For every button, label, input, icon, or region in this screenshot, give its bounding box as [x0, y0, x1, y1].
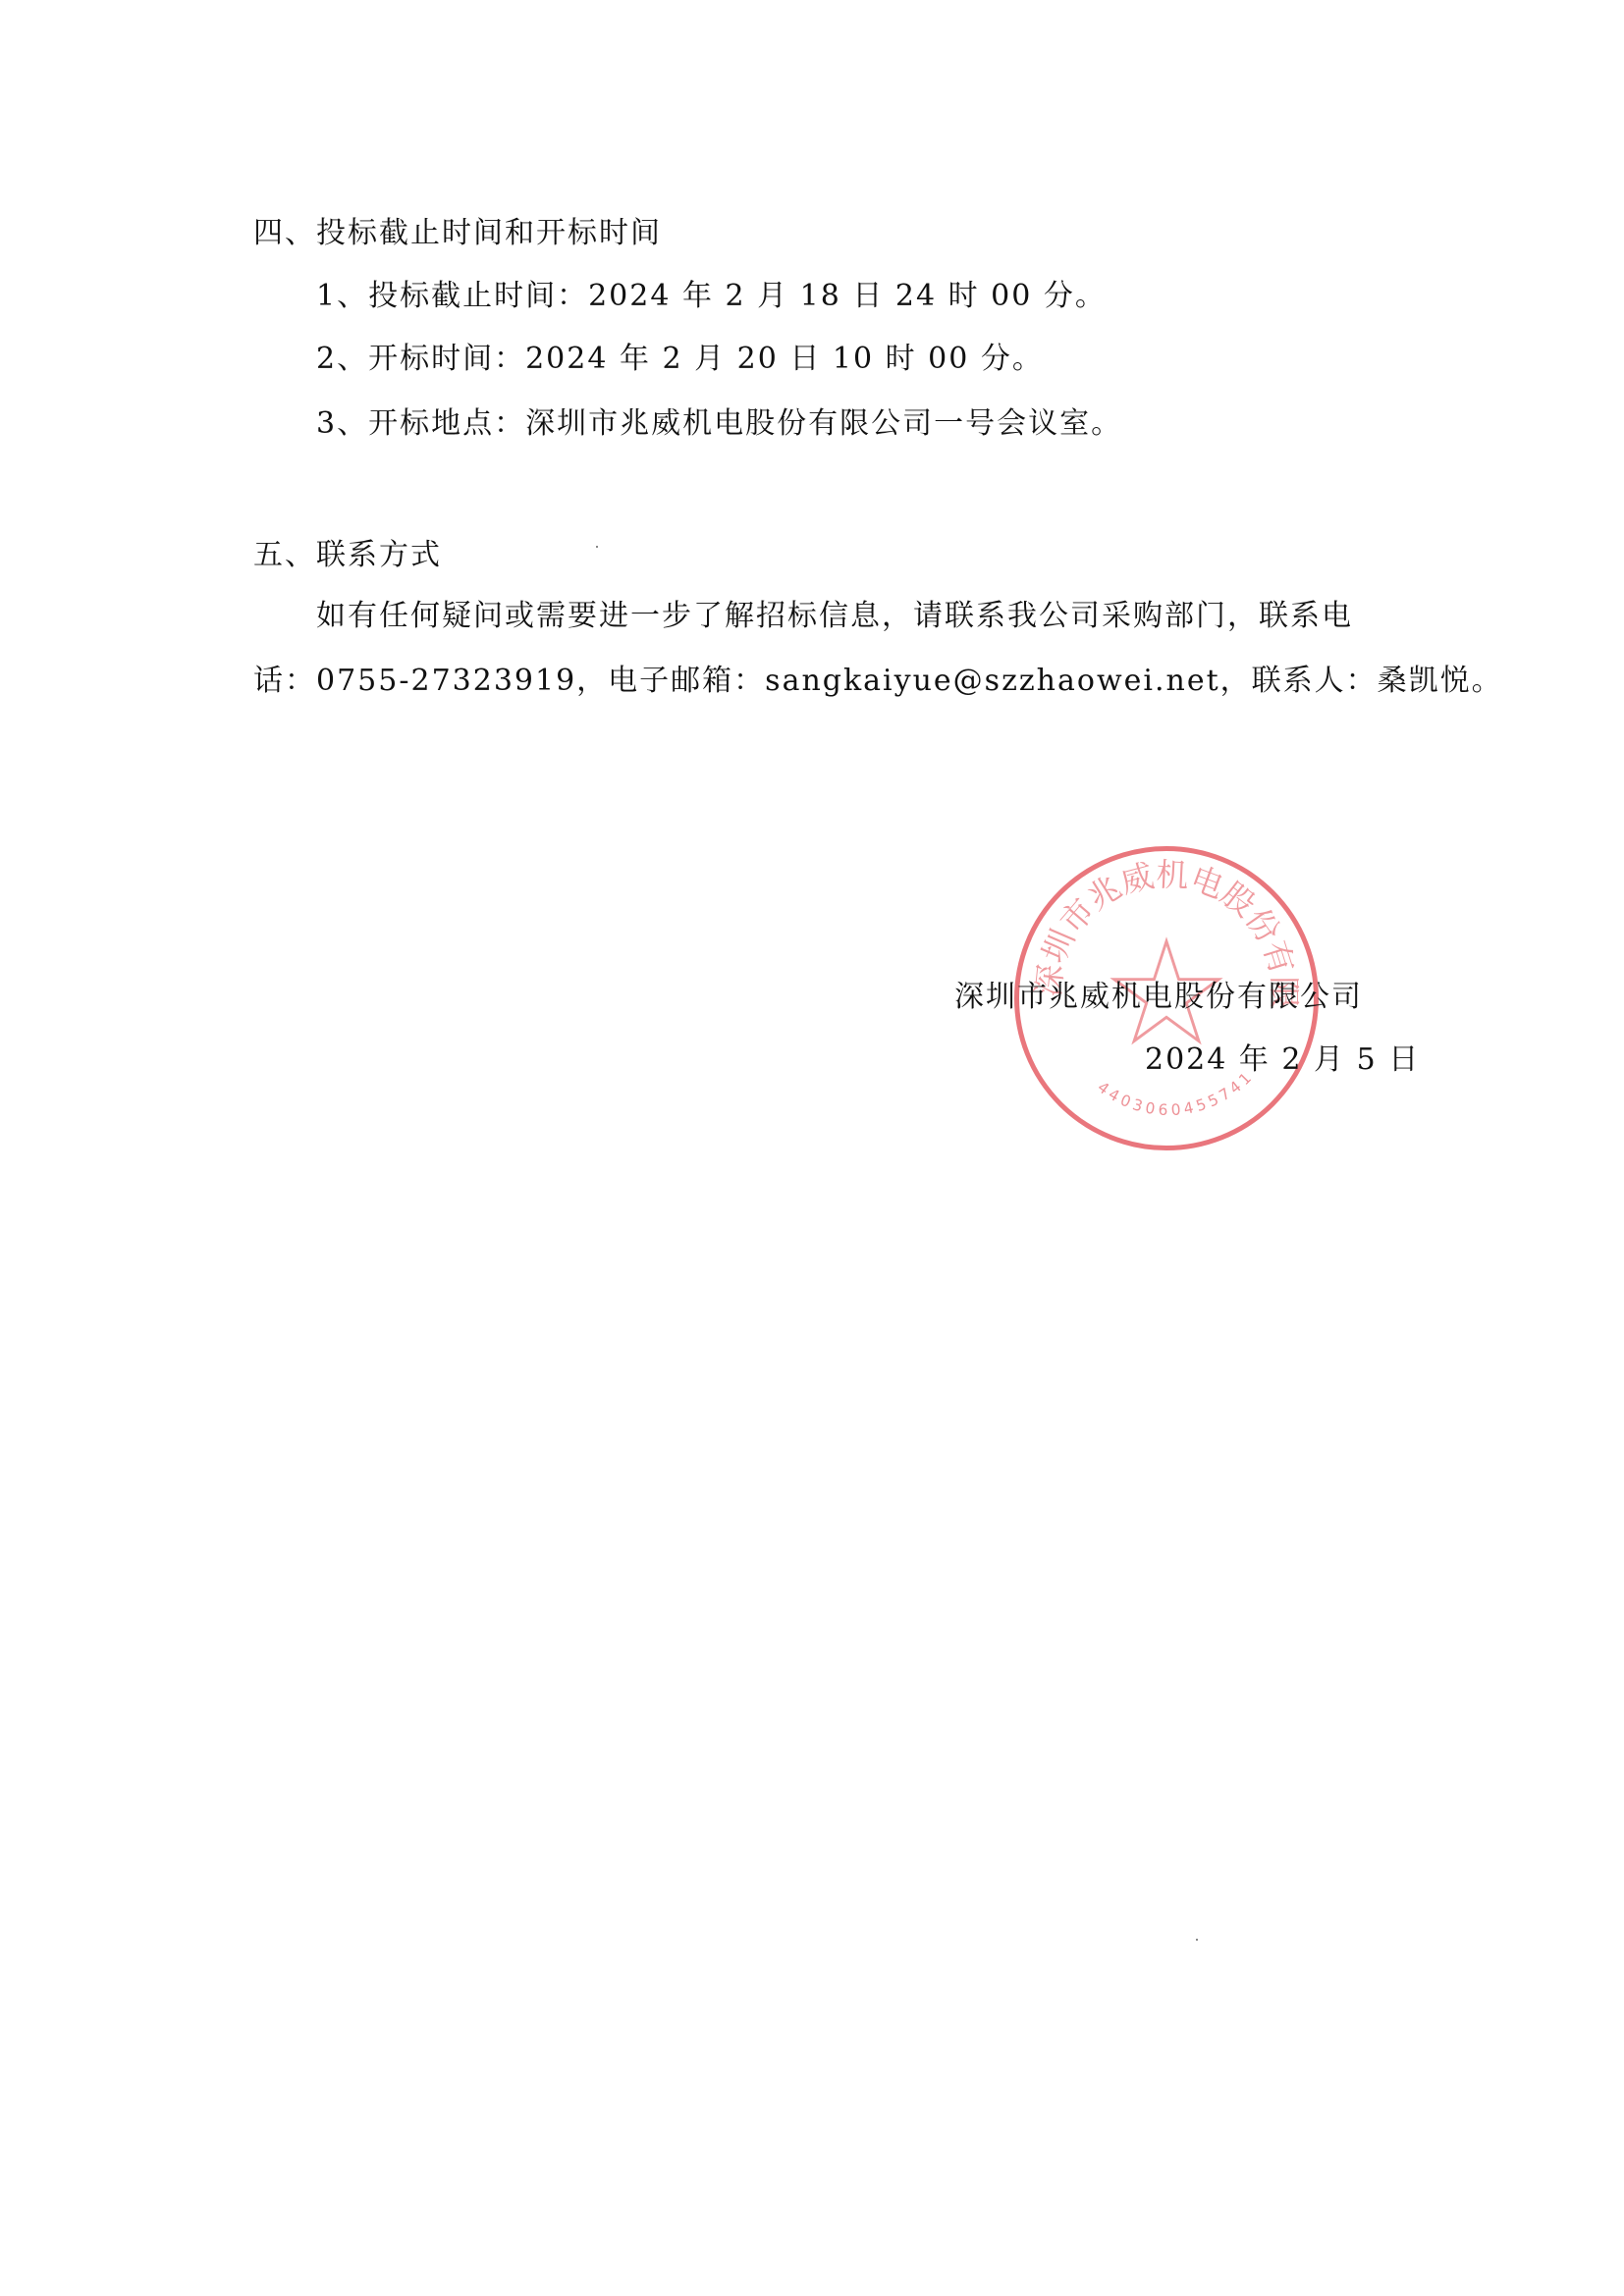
section-5-heading: 五、联系方式: [253, 536, 442, 575]
bid-opening-time: 2、开标时间：2024 年 2 月 20 日 10 时 00 分。: [316, 340, 1044, 379]
scan-artifact: [596, 546, 598, 548]
scan-artifact: [1196, 1939, 1198, 1941]
signature-date: 2024 年 2 月 5 日: [1145, 1041, 1420, 1080]
section-4-heading: 四、投标截止时间和开标时间: [253, 214, 662, 253]
bid-opening-location: 3、开标地点：深圳市兆威机电股份有限公司一号会议室。: [316, 404, 1122, 444]
contact-paragraph-line2: 话：0755-27323919，电子邮箱：sangkaiyue@szzhaowe…: [253, 662, 1503, 701]
signature-company: 深圳市兆威机电股份有限公司: [954, 978, 1363, 1017]
contact-paragraph-line1: 如有任何疑问或需要进一步了解招标信息，请联系我公司采购部门，联系电: [316, 597, 1353, 636]
bid-deadline: 1、投标截止时间：2024 年 2 月 18 日 24 时 00 分。: [316, 277, 1107, 316]
